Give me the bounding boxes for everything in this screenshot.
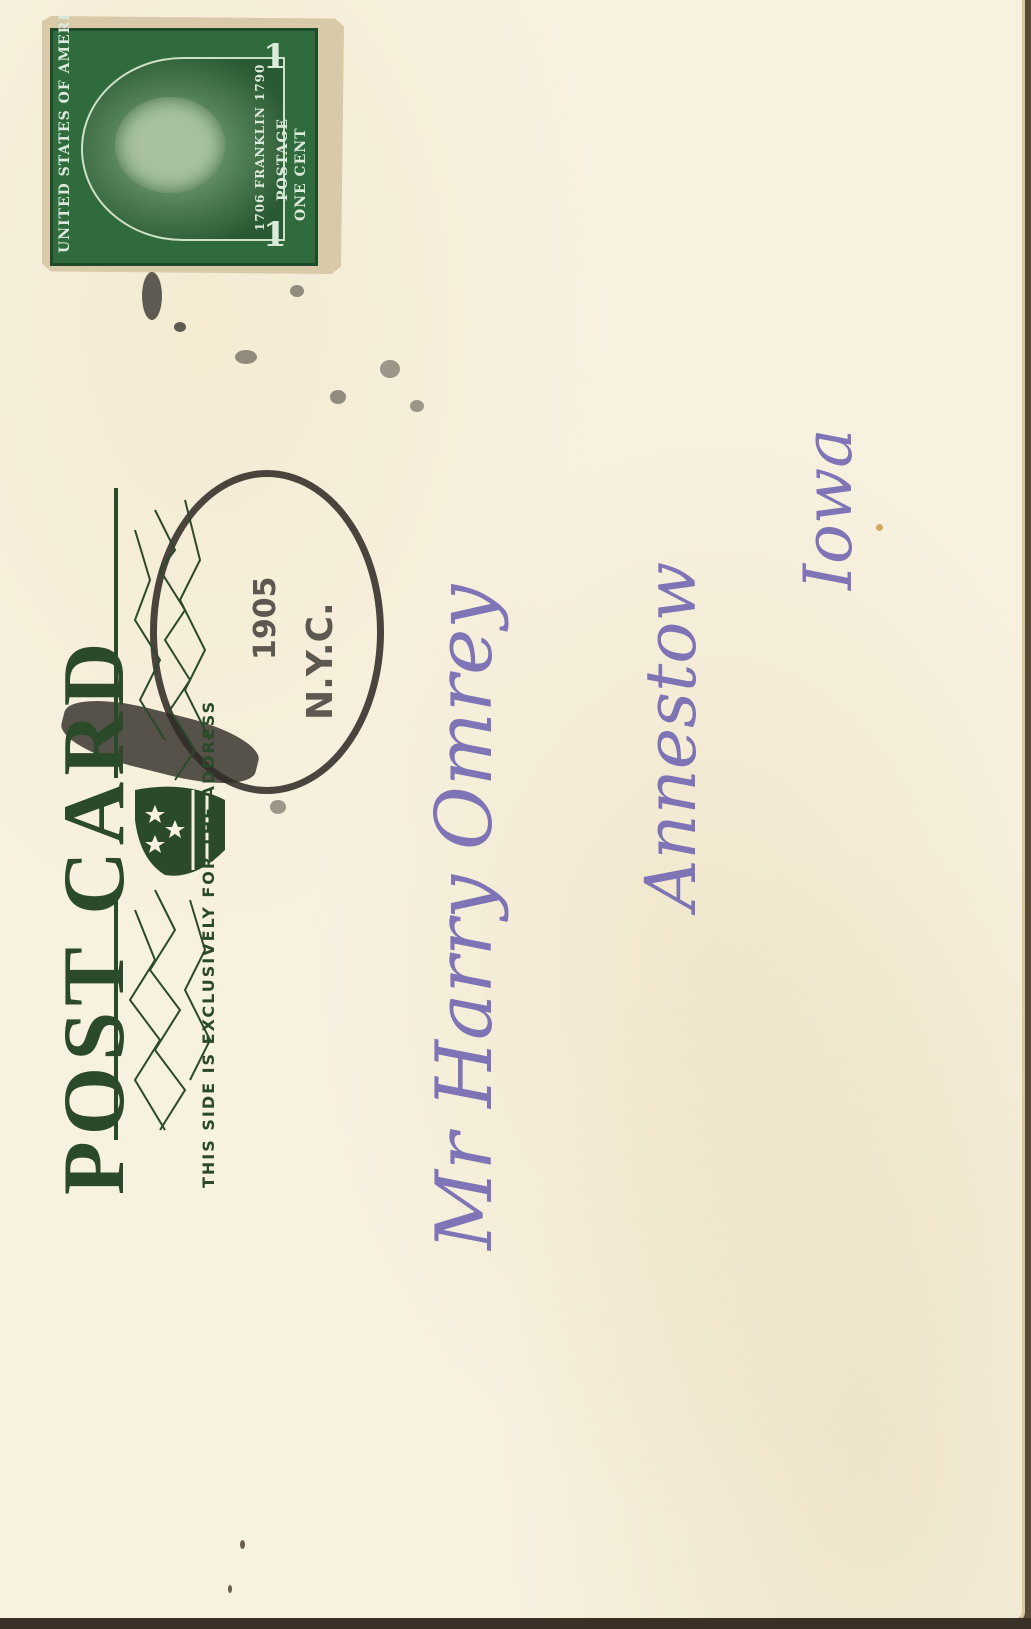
stamp-caption-text: 1706 FRANKLIN 1790 bbox=[253, 64, 267, 231]
stamp-country-text: UNITED STATES OF AMERICA bbox=[57, 0, 73, 253]
address-state: Iowa bbox=[790, 428, 867, 590]
postmark-city: N.Y.C. bbox=[300, 602, 341, 720]
address-side-notice: THIS SIDE IS EXCLUSIVELY FOR THE ADDRESS bbox=[199, 700, 218, 1188]
franklin-portrait-icon bbox=[115, 97, 225, 193]
ink-spot bbox=[228, 1585, 232, 1593]
stamp-postage-text: POSTAGE bbox=[275, 118, 291, 201]
postage-stamp: UNITED STATES OF AMERICA 1706 FRANKLIN 1… bbox=[42, 16, 344, 274]
postcard-back: UNITED STATES OF AMERICA 1706 FRANKLIN 1… bbox=[0, 0, 1025, 1622]
stamp-engraving: UNITED STATES OF AMERICA 1706 FRANKLIN 1… bbox=[50, 28, 318, 266]
address-city: Annestow bbox=[630, 562, 712, 910]
stamp-numeral-top: 1 bbox=[263, 37, 287, 77]
address-name: Mr Harry Omrey bbox=[420, 585, 510, 1250]
scan-background-edge bbox=[0, 1618, 1031, 1629]
stamp-denomination-text: ONE CENT bbox=[293, 127, 309, 221]
stain-spot bbox=[876, 524, 883, 531]
stamp-numeral-bottom: 1 bbox=[263, 215, 287, 255]
ink-spot bbox=[240, 1540, 245, 1549]
